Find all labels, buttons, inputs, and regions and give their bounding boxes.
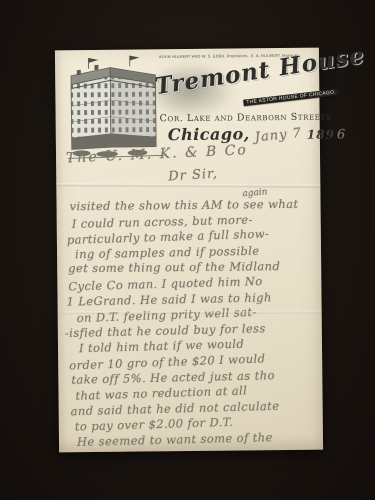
fold-crease [56, 183, 320, 187]
greeting-line: Dr Sir, [168, 166, 219, 184]
proprietors-line: ALVIN HULBERT AND W. S. EDEN, Proprietor… [159, 54, 249, 59]
letter-body: visited the show this AM to see what I c… [65, 197, 320, 449]
astor-house-banner: THE ASTOR HOUSE OF CHICAGO. [243, 89, 339, 106]
handwritten-year-digit: 6 [337, 127, 345, 142]
letter-paper: ALVIN HULBERT AND W. S. EDEN, Proprietor… [55, 48, 323, 453]
handwritten-date: Jany 7 [254, 126, 302, 146]
letter-photo-background: ALVIN HULBERT AND W. S. EDEN, Proprietor… [0, 0, 375, 500]
city-label: Chicago, [168, 124, 250, 144]
city-date-line: Chicago, Jany 7 189 6 [168, 123, 346, 144]
printed-year: 189 [307, 127, 335, 141]
address-line: Cor. Lake and Dearborn Streets [160, 112, 322, 125]
